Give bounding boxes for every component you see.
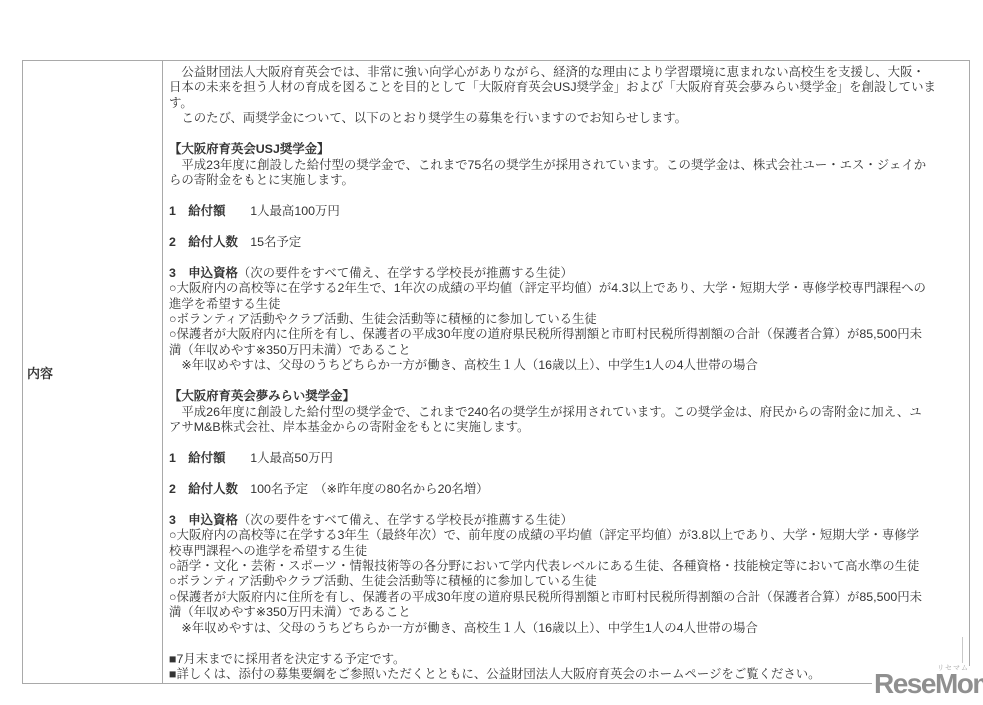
content-line: このたび、両奨学金について、以下のとおり奨学生の募集を行いますのでお知らせします… xyxy=(169,111,964,126)
content-line: 2 給付人数 100名予定 （※昨年度の80名から20名増） xyxy=(169,482,964,497)
content-line: 1 給付額 1人最高100万円 xyxy=(169,204,964,219)
content-line: ○保護者が大阪府内に住所を有し、保護者の平成30年度の道府県民税所得割額と市町村… xyxy=(169,590,964,605)
table-row-header-cell: 内容 xyxy=(23,61,163,683)
content-line: 【大阪府育英会夢みらい奨学金】 xyxy=(169,389,964,404)
watermark-crop-mark xyxy=(962,637,963,663)
content-line: 3 申込資格（次の要件をすべて備え、在学する学校長が推薦する生徒） xyxy=(169,513,964,528)
content-line: ■7月末までに採用者を決定する予定です。 xyxy=(169,652,964,667)
content-line: 1 給付額 1人最高50万円 xyxy=(169,451,964,466)
content-line xyxy=(169,636,964,651)
content-table: 内容 公益財団法人大阪府育英会では、非常に強い向学心がありながら、経済的な理由に… xyxy=(22,60,970,684)
content-line: ○ボランティア活動やクラブ活動、生徒会活動等に積極的に参加している生徒 xyxy=(169,574,964,589)
content-line xyxy=(169,219,964,234)
resemom-logo-text: ReseMom. xyxy=(874,668,983,700)
content-line: ○大阪府内の高校等に在学する3年生（最終年次）で、前年度の成績の平均値（評定平均… xyxy=(169,528,964,543)
content-line: ○ボランティア活動やクラブ活動、生徒会活動等に積極的に参加している生徒 xyxy=(169,312,964,327)
content-line: ■詳しくは、添付の募集要綱をご参照いただくとともに、公益財団法人大阪府育英会のホ… xyxy=(169,667,964,682)
content-line xyxy=(169,466,964,481)
content-line: アサM&B株式会社、岸本基金からの寄附金をもとに実施します。 xyxy=(169,420,964,435)
content-line: 3 申込資格（次の要件をすべて備え、在学する学校長が推薦する生徒） xyxy=(169,266,964,281)
content-line: ○語学・文化・芸術・スポーツ・情報技術等の各分野において学内代表レベルにある生徒… xyxy=(169,559,964,574)
content-line: 公益財団法人大阪府育英会では、非常に強い向学心がありながら、経済的な理由により学… xyxy=(169,65,964,80)
content-line xyxy=(169,127,964,142)
row-header-label: 内容 xyxy=(27,363,53,382)
page: 内容 公益財団法人大阪府育英会では、非常に強い向学心がありながら、経済的な理由に… xyxy=(0,0,983,705)
content-line: 平成23年度に創設した給付型の奨学金で、これまで75名の奨学生が採用されています… xyxy=(169,158,964,173)
content-line: 平成26年度に創設した給付型の奨学金で、これまで240名の奨学生が採用されていま… xyxy=(169,405,964,420)
content-line: ○保護者が大阪府内に住所を有し、保護者の平成30年度の道府県民税所得割額と市町村… xyxy=(169,327,964,342)
content-line xyxy=(169,189,964,204)
content-line: 【大阪府育英会USJ奨学金】 xyxy=(169,142,964,157)
content-line: 満（年収めやす※350万円未満）であること xyxy=(169,343,964,358)
resemom-logo: リセマム ReseMom. xyxy=(872,666,983,705)
content-line: 校専門課程への進学を希望する生徒 xyxy=(169,544,964,559)
content-line: 日本の未来を担う人材の育成を図ることを目的として「大阪府育英会USJ奨学金」およ… xyxy=(169,80,964,95)
table-content-cell: 公益財団法人大阪府育英会では、非常に強い向学心がありながら、経済的な理由により学… xyxy=(163,61,969,683)
content-line: 進学を希望する生徒 xyxy=(169,297,964,312)
content-line xyxy=(169,374,964,389)
content-line: らの寄附金をもとに実施します。 xyxy=(169,173,964,188)
content-line xyxy=(169,497,964,512)
content-line: す。 xyxy=(169,96,964,111)
content-line xyxy=(169,250,964,265)
content-line xyxy=(169,436,964,451)
content-line: ※年収めやすは、父母のうちどちらか一方が働き、高校生１人（16歳以上）、中学生1… xyxy=(169,621,964,636)
content-line: 2 給付人数 15名予定 xyxy=(169,235,964,250)
content-line: ※年収めやすは、父母のうちどちらか一方が働き、高校生１人（16歳以上）、中学生1… xyxy=(169,358,964,373)
content-line: ○大阪府内の高校等に在学する2年生で、1年次の成績の平均値（評定平均値）が4.3… xyxy=(169,281,964,296)
content-line: 満（年収めやす※350万円未満）であること xyxy=(169,605,964,620)
